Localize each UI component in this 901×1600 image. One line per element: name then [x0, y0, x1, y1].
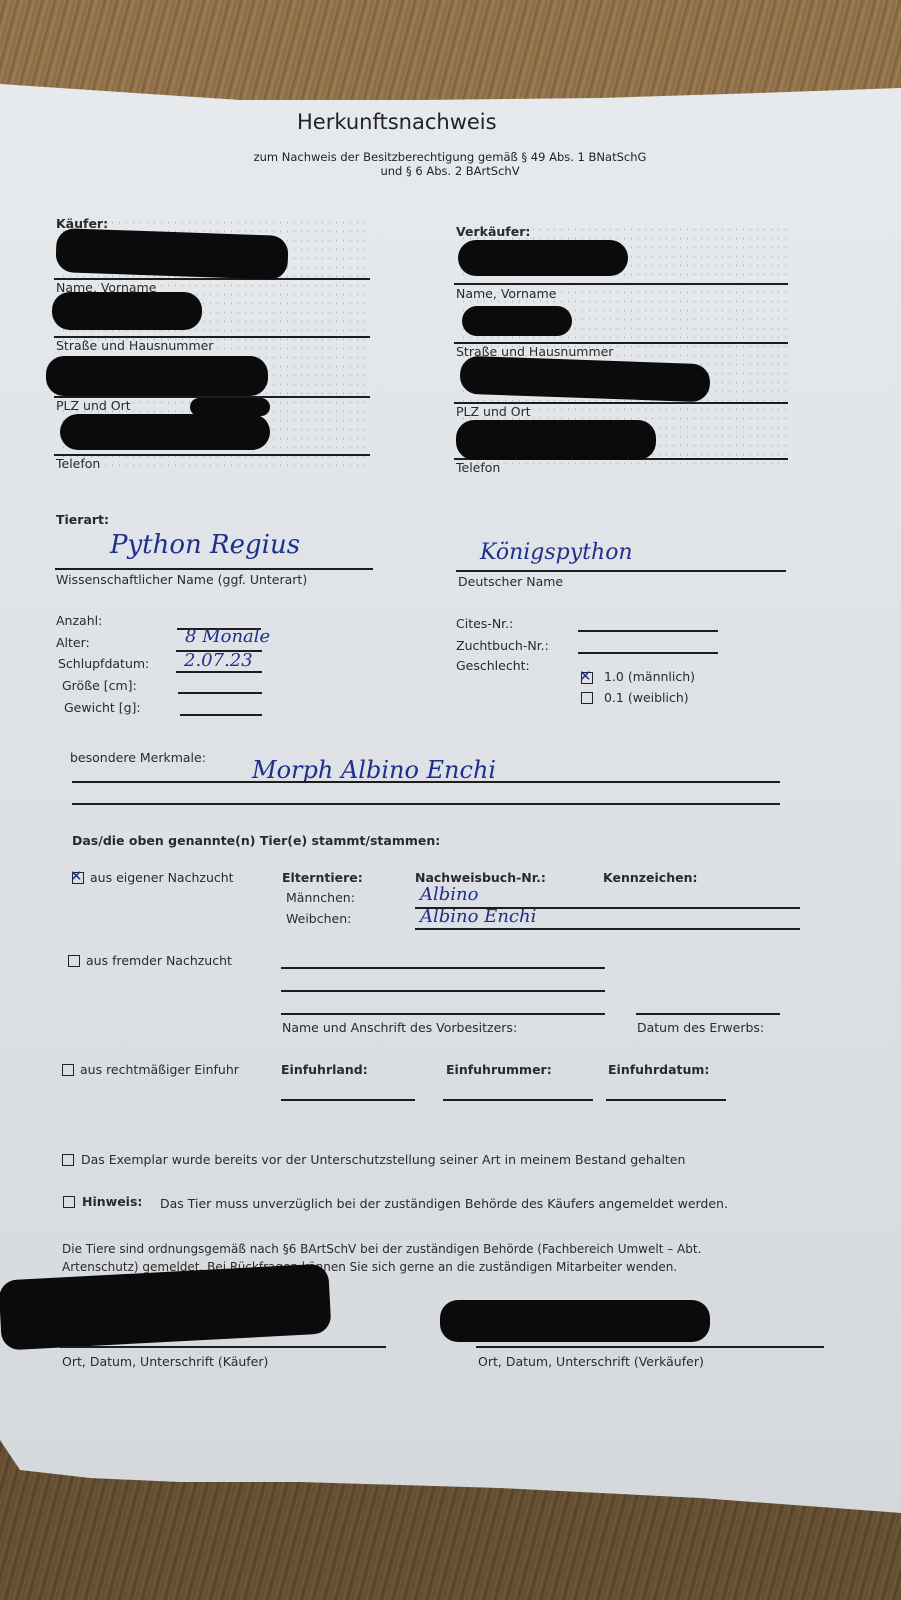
sex-female-label: 0.1 (weiblich)	[604, 690, 689, 705]
buyer-street-redaction	[52, 292, 202, 330]
male-label: Männchen:	[286, 890, 355, 905]
paper-document: Herkunftsnachweis zum Nachweis der Besit…	[0, 0, 901, 1600]
notice-checkbox[interactable]	[63, 1196, 75, 1208]
import-date-line	[606, 1099, 726, 1101]
scientific-name-line	[55, 568, 373, 570]
acquisition-date-line	[636, 1013, 780, 1015]
buyer-signature-line	[60, 1346, 386, 1348]
import-country-line	[281, 1099, 415, 1101]
buyer-signature-redaction	[0, 1263, 332, 1350]
age-label: Alter:	[56, 635, 90, 650]
parents-label: Elterntiere:	[282, 870, 363, 885]
seller-phone-redaction	[456, 420, 656, 460]
features-label: besondere Merkmale:	[70, 750, 206, 765]
document-subtitle: zum Nachweis der Besitzberechtigung gemä…	[180, 150, 720, 178]
german-name-line	[456, 570, 786, 572]
male-value: Albino	[420, 884, 478, 905]
sex-female-checkbox[interactable]	[581, 692, 593, 704]
studbook-line	[578, 652, 718, 654]
seller-phone-label: Telefon	[456, 460, 500, 475]
count-label: Anzahl:	[56, 613, 102, 628]
scientific-name-value: Python Regius	[110, 530, 300, 560]
size-line	[178, 692, 262, 694]
foreign-breeding-label: aus fremder Nachzucht	[86, 953, 232, 968]
import-number-line	[443, 1099, 593, 1101]
animal-heading: Tierart:	[56, 512, 109, 527]
studbook-no-label: Nachweisbuch-Nr.:	[415, 870, 546, 885]
female-label: Weibchen:	[286, 911, 351, 926]
age-value: 8 Monale	[185, 626, 270, 647]
document-title: Herkunftsnachweis	[297, 110, 497, 134]
previous-owner-line-2	[281, 990, 605, 992]
pre-protection-label: Das Exemplar wurde bereits vor der Unter…	[81, 1152, 685, 1167]
features-line-1	[72, 781, 780, 783]
cites-label: Cites-Nr.:	[456, 616, 513, 631]
import-number-label: Einfuhrummer:	[446, 1062, 552, 1077]
buyer-street-label: Straße und Hausnummer	[56, 338, 213, 353]
seller-heading: Verkäufer:	[456, 224, 530, 239]
import-country-label: Einfuhrland:	[281, 1062, 368, 1077]
own-breeding-checkbox[interactable]	[72, 872, 84, 884]
hatch-date-line	[176, 671, 262, 673]
studbook-label: Zuchtbuch-Nr.:	[456, 638, 549, 653]
female-line	[415, 928, 800, 930]
foreign-breeding-checkbox[interactable]	[68, 955, 80, 967]
features-value: Morph Albino Enchi	[252, 756, 496, 784]
hatch-date-label: Schlupfdatum:	[58, 656, 149, 671]
origin-heading: Das/die oben genannte(n) Tier(e) stammt/…	[72, 833, 440, 848]
size-label: Größe [cm]:	[62, 678, 137, 693]
seller-signature-line	[476, 1346, 824, 1348]
seller-name-redaction	[458, 240, 628, 276]
notice-text: Das Tier muss unverzüglich bei der zustä…	[160, 1196, 728, 1211]
previous-owner-label: Name und Anschrift des Vorbesitzers:	[282, 1020, 517, 1035]
buyer-phone-redaction	[60, 414, 270, 450]
buyer-phone-label: Telefon	[56, 456, 100, 471]
previous-owner-line-3	[281, 1013, 605, 1015]
buyer-phone-line	[54, 454, 370, 456]
acquisition-date-label: Datum des Erwerbs:	[637, 1020, 764, 1035]
previous-owner-line-1	[281, 967, 605, 969]
sex-label: Geschlecht:	[456, 658, 530, 673]
features-line-2	[72, 803, 780, 805]
weight-line	[180, 714, 262, 716]
hatch-date-value: 2.07.23	[184, 650, 253, 671]
buyer-signature-label: Ort, Datum, Unterschrift (Käufer)	[62, 1354, 268, 1369]
seller-signature-redaction	[440, 1300, 710, 1342]
scientific-name-label: Wissenschaftlicher Name (ggf. Unterart)	[56, 572, 307, 587]
notice-label: Hinweis:	[82, 1194, 142, 1209]
buyer-city-label: PLZ und Ort	[56, 398, 131, 413]
footer-line-1: Die Tiere sind ordnungsgemäß nach §6 BAr…	[62, 1242, 701, 1256]
seller-city-label: PLZ und Ort	[456, 404, 531, 419]
legal-import-label: aus rechtmäßiger Einfuhr	[80, 1062, 239, 1077]
female-value: Albino Enchi	[420, 906, 536, 927]
legal-import-checkbox[interactable]	[62, 1064, 74, 1076]
seller-street-redaction	[462, 306, 572, 336]
pre-protection-checkbox[interactable]	[62, 1154, 74, 1166]
weight-label: Gewicht [g]:	[64, 700, 141, 715]
marking-label: Kennzeichen:	[603, 870, 697, 885]
german-name-value: Königspython	[480, 540, 633, 565]
seller-name-line	[454, 283, 788, 285]
seller-name-label: Name, Vorname	[456, 286, 556, 301]
import-date-label: Einfuhrdatum:	[608, 1062, 709, 1077]
cites-line	[578, 630, 718, 632]
subtitle-line-2: und § 6 Abs. 2 BArtSchV	[180, 164, 720, 178]
own-breeding-label: aus eigener Nachzucht	[90, 870, 234, 885]
buyer-name-redaction	[55, 228, 288, 280]
subtitle-line-1: zum Nachweis der Besitzberechtigung gemä…	[180, 150, 720, 164]
german-name-label: Deutscher Name	[458, 574, 563, 589]
sex-male-checkbox[interactable]	[581, 672, 593, 684]
buyer-city-redaction	[46, 356, 268, 396]
seller-signature-label: Ort, Datum, Unterschrift (Verkäufer)	[478, 1354, 704, 1369]
sex-male-label: 1.0 (männlich)	[604, 669, 695, 684]
